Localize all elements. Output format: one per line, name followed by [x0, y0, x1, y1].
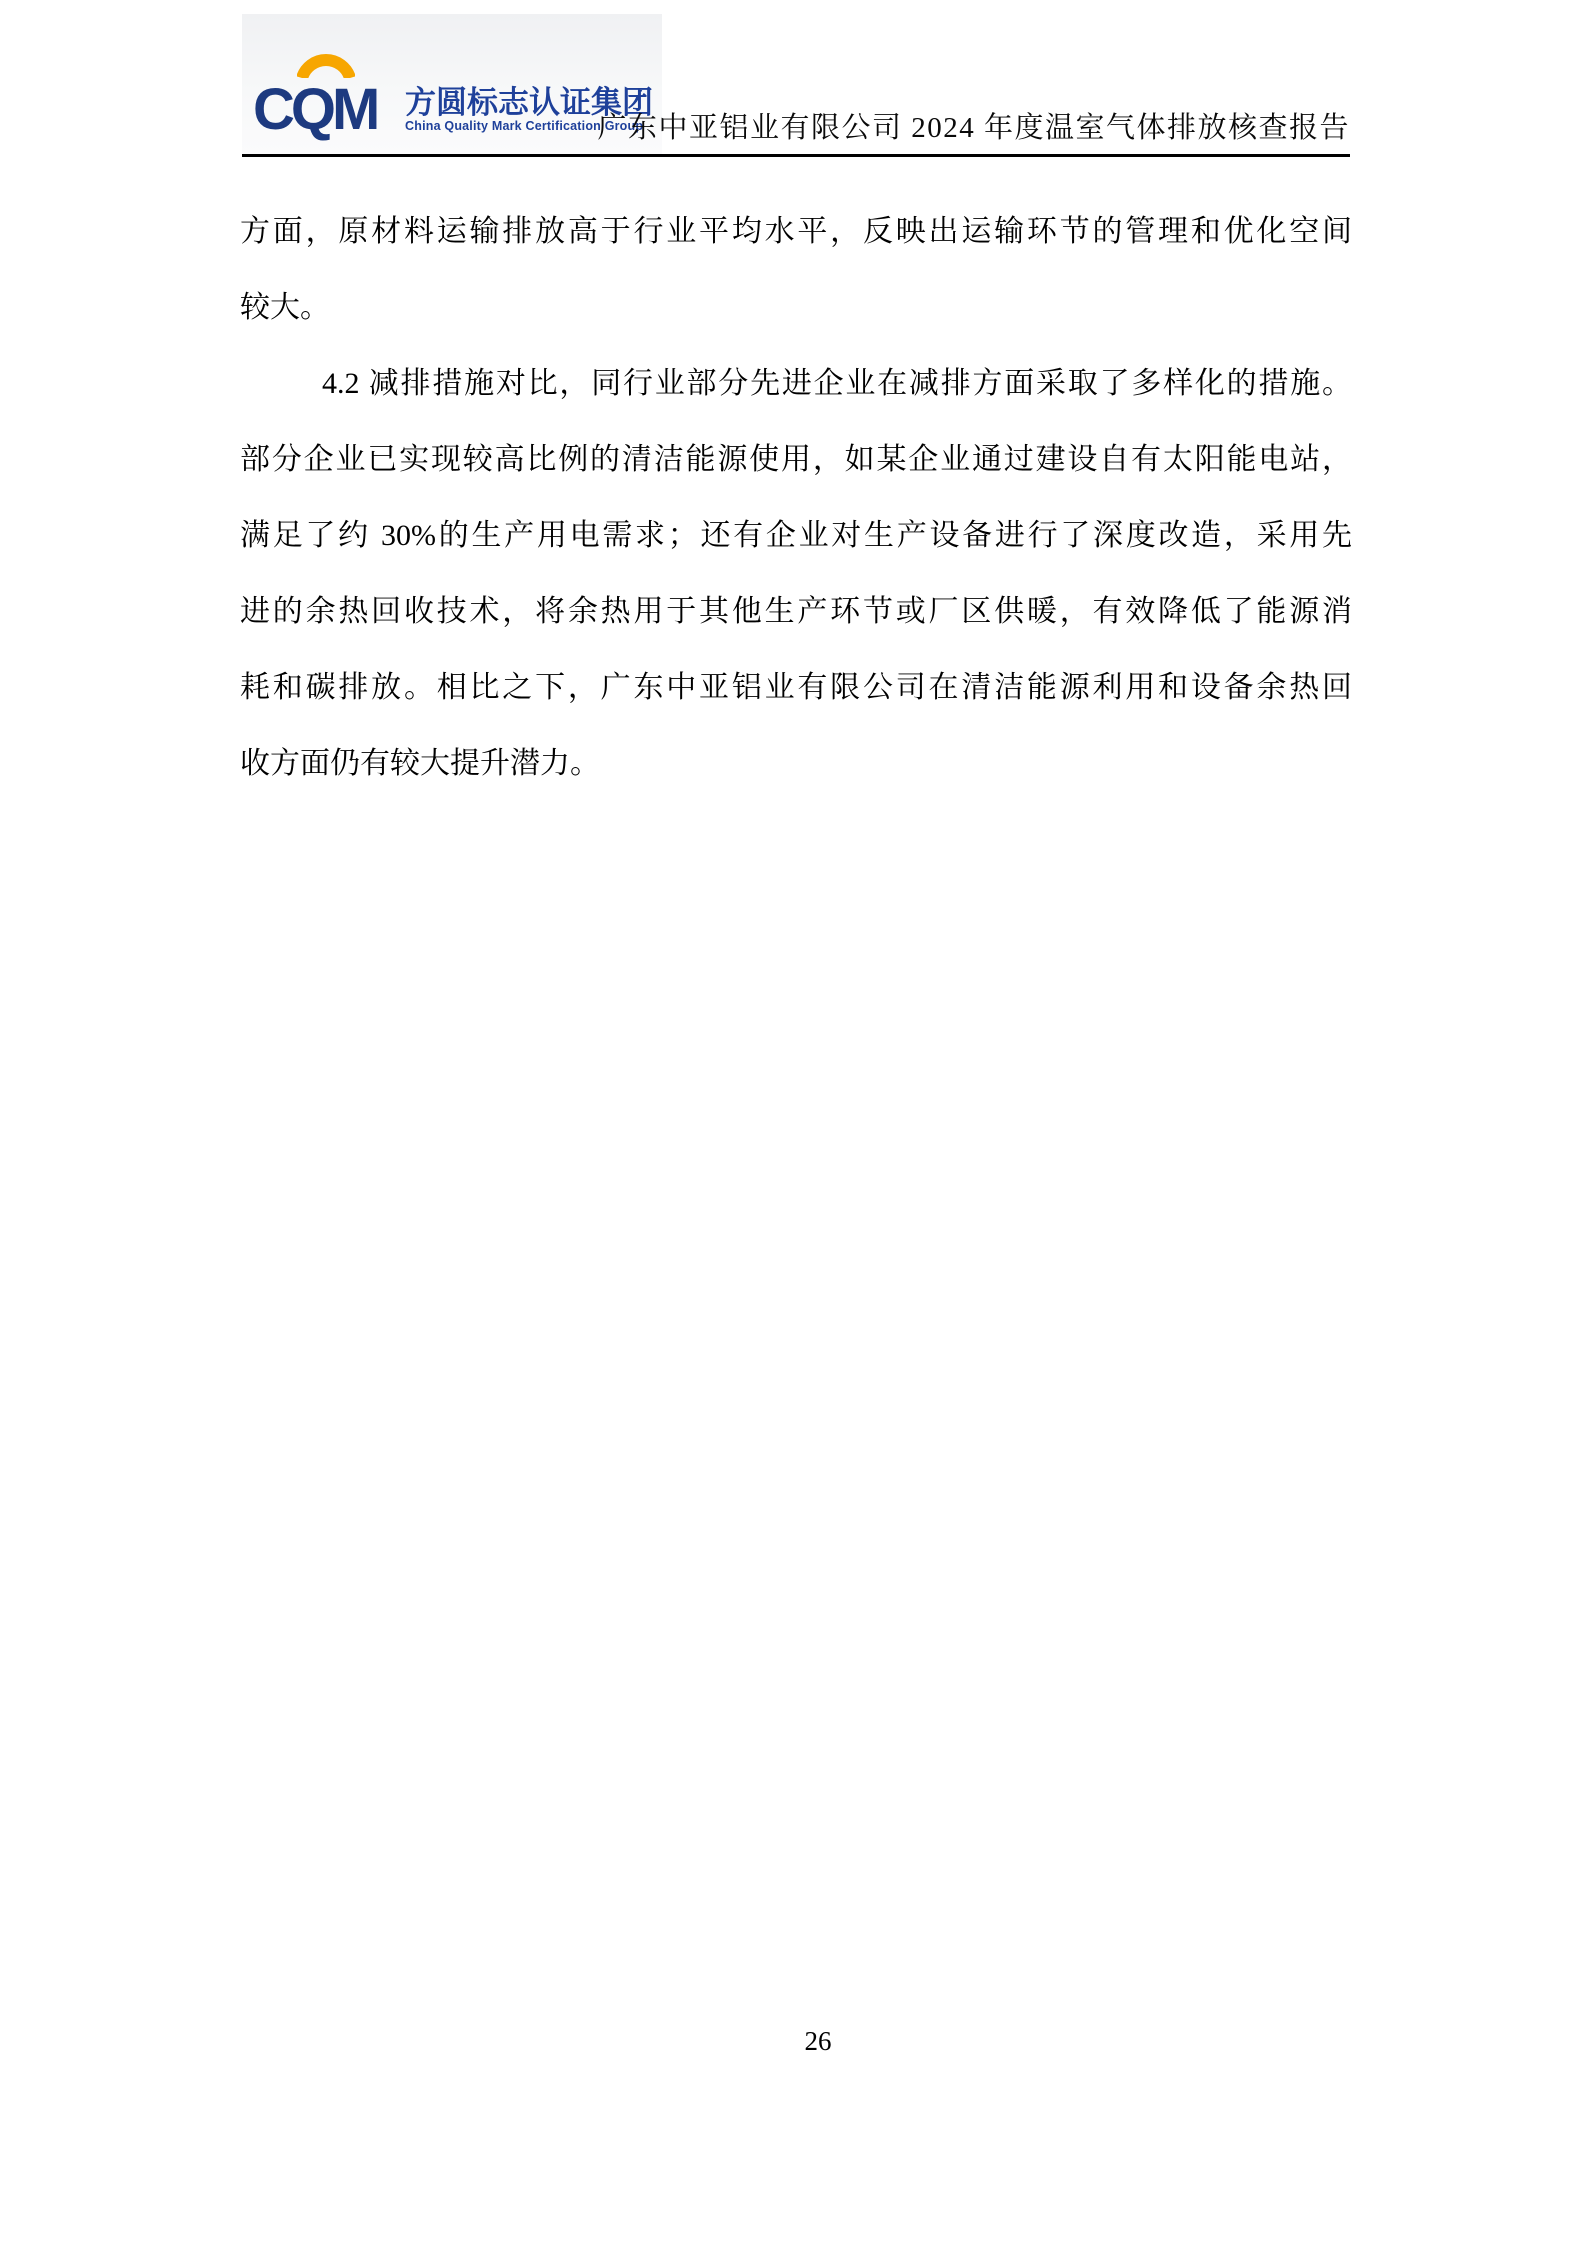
cqm-wordmark: CQM — [253, 64, 393, 136]
cqm-wordmark-text: CQM — [253, 84, 376, 136]
report-page: CQM 方圆标志认证集团 China Quality Mark Certific… — [0, 0, 1587, 2245]
body-line: 进的余热回收技术，将余热用于其他生产环节或厂区供暖，有效降低了能源消 — [240, 574, 1352, 650]
report-header-title: 广东中亚铝业有限公司 2024 年度温室气体排放核查报告 — [597, 108, 1350, 148]
body-line: 耗和碳排放。相比之下，广东中亚铝业有限公司在清洁能源利用和设备余热回 — [240, 650, 1352, 726]
body-line: 4.2 减排措施对比，同行业部分先进企业在减排方面采取了多样化的措施。 — [240, 346, 1352, 422]
body-line: 满足了约 30%的生产用电需求；还有企业对生产设备进行了深度改造，采用先 — [240, 498, 1352, 574]
paragraph: 4.2 减排措施对比，同行业部分先进企业在减排方面采取了多样化的措施。 部分企业… — [240, 346, 1352, 802]
body-line: 收方面仍有较大提升潜力。 — [240, 726, 1352, 802]
page-number: 26 — [805, 2024, 832, 2058]
paragraph: 方面，原材料运输排放高于行业平均水平，反映出运输环节的管理和优化空间 较大。 — [240, 194, 1352, 346]
header-divider — [242, 154, 1350, 157]
body-line: 较大。 — [240, 270, 1352, 346]
body-line: 方面，原材料运输排放高于行业平均水平，反映出运输环节的管理和优化空间 — [240, 194, 1352, 270]
document-body: 方面，原材料运输排放高于行业平均水平，反映出运输环节的管理和优化空间 较大。 4… — [240, 194, 1352, 802]
body-line: 部分企业已实现较高比例的清洁能源使用，如某企业通过建设自有太阳能电站， — [240, 422, 1352, 498]
